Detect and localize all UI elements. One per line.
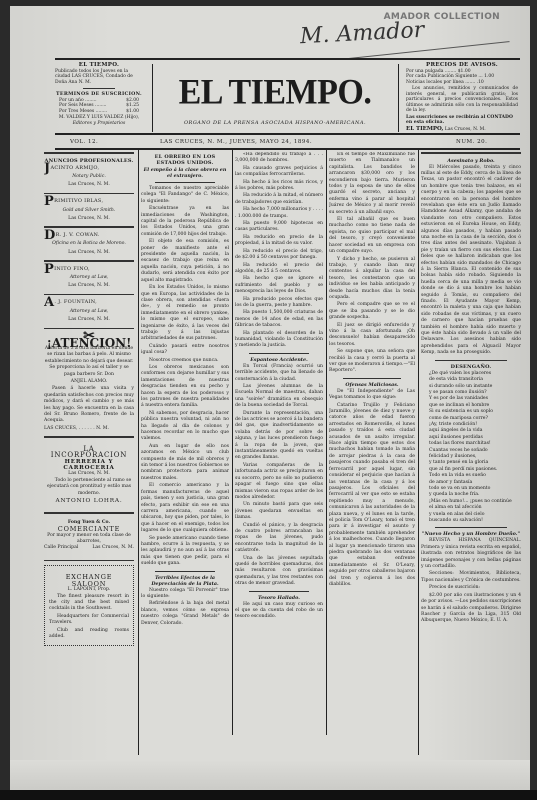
divider [249,591,309,592]
column-asesinato: Asesinato y Robo. El Miércoles pasado, t… [421,152,521,762]
article-subheading: Terribles Efectos de la Depreciación de … [141,575,229,587]
article-body: En el tiempo de Maximiliano fue muerto e… [329,152,415,375]
article-subheading: El empeño á la clase obrera en el extran… [141,167,229,179]
paragraph: Las jóvenes alumnas de la Escuela Normal… [235,384,323,410]
professional-ad: PINITO FINO,Attorney at Law,Las Cruces, … [44,266,134,296]
column-rule [138,150,139,755]
professional-ad: PRIMITIVO IBLAS,Gold and Silver Smith.La… [44,198,134,228]
paragraph: En el tiempo de Maximiliano fue muerto e… [329,152,415,216]
masthead-divider-right [398,64,399,132]
article-heading: Ofensas Maliciosas. [329,382,415,388]
handwritten-signature: M. Amador [299,18,424,49]
saloon-ad: EXCHANGE SALOON L. LAPOINT, Prop. The fi… [44,565,134,646]
saloon-text: Club and reading rooms added. [49,628,129,641]
masthead-right-box: PRECIOS DE AVISOS. Por una pulgada .....… [406,63,518,132]
atencion-text: Abierta de 3 á otra barbería en donde se… [44,346,134,378]
atencion-heading: ✂¡ATENCION! [44,333,134,346]
newspaper-page: AMADOR COLLECTION M. Amador EL TIEMPO. P… [10,6,530,796]
article-heading: EL OBRERO EN LOS ESTADOS UNIDOS. [141,154,229,166]
paragraph: Tomamos de nuestro apreciable colega "El… [141,186,229,205]
newspaper-title: EL TIEMPO. [160,73,390,113]
poem-body: ¿De qué valen los placeresde esta vida t… [421,371,521,525]
terms-list: Por un año ........$2.00Por Seis Meses .… [55,98,143,115]
incorporacion-subtitle: HERRERIA Y CARROCERIA [44,459,134,472]
paragraph: Nosotros creemos que nunca. [141,358,229,364]
article-body: Nuestro colega "El Porvenir" trae lo sig… [141,588,229,627]
paragraph: Ha producido pocos efectos que los de la… [235,297,323,310]
professional-ad: DR. J. V. COWAN.Oficina en la Botica de … [44,232,134,262]
atencion-text2: Pasen á hacerle una visita y quedarán sa… [44,386,134,424]
column-plata: «Ha dependido su trabajo á . . . 3,000,0… [235,152,323,742]
incorporacion-ad: LA INCORPORACION HERRERIA Y CARROCERIA L… [44,446,134,505]
divider [44,152,134,154]
paragraph: Ha causado graves perjuicios á las compa… [235,166,323,179]
masthead-bottom-rule [55,133,520,135]
paragraph: Ha hecho que se ignore el sufrimiento de… [235,276,323,295]
volume: VOL. 12. [70,139,98,145]
top-rule [55,58,520,60]
paragraph: Nuestro colega "El Porvenir" trae lo sig… [141,588,229,601]
paragraph: El Miércoles pasado, treinta y cinco mil… [421,165,521,357]
paragraph: El juez se dirigió enfurecido y vino á l… [329,323,415,349]
incorporacion-owner: ANTONIO LOHRA. [44,498,134,504]
paragraph: Catarino Trujillo y Feliciano Jaramillo,… [329,403,415,589]
paragraph: En Torcal (Francia) ocurrió un terrible … [235,364,323,383]
ad-title: "Nuevo Hecho y un Hombre Dueño." [421,531,521,537]
atencion-name: ANJEL ALAMO. [44,379,134,385]
paragraph: El tal albañil que es buen muchacho como… [329,217,415,255]
column-tesoro: En el tiempo de Maximiliano fue muerto e… [329,152,415,742]
paragraph: El comercio americano y la formas manufa… [141,483,229,534]
paragraph: buscando su salvación! [429,518,521,524]
article-body: De "El Independiente" de Las Vegas tomam… [329,389,415,589]
divider [435,360,507,361]
editors-role: Editores y Propietarios [55,121,143,127]
paragraph: Cundió el pánico, y la desgracia de cuat… [235,523,323,555]
professional-ad: JACINTO ARMIJO,Notary Public.Las Cruces,… [44,165,134,195]
paragraph: Precios de suscrición: [421,585,521,591]
paragraph: Se puede americano cuando tiene hambre, … [141,536,229,568]
paragraph: Un minuto bastó para que seis jóvenes qu… [235,502,323,521]
paragraph: Ha puesto 9,000 hipotecas en casas parti… [235,221,323,234]
article-heading: Asesinato y Robo. [421,158,521,164]
paragraph: $2.00 por año con ilustraciones y un 4 d… [421,593,521,625]
saloon-text: Headquarters for Commercial Travelers. [49,614,129,627]
incorporacion-text: Todo lo perteneciente al ramo se ejecuta… [44,478,134,497]
column-advertisements: ANUNCIOS PROFESIONALES. JACINTO ARMIJO,N… [44,152,134,792]
paragraph: Ha puesto 1,500,000 criaturas de menos d… [235,310,323,329]
fong-place: Las Cruces, N. M. [92,545,134,551]
paragraph: «Ha dependido su trabajo á . . . 3,000,0… [235,152,323,165]
paragraph: REVISTA HISPANA QUINCENAL. Primera y úni… [421,538,521,570]
column-rule [232,150,233,735]
paragraph: Aun en lugar de ello nos azoramos en Méx… [141,444,229,482]
article-body: «Ha dependido su trabajo á . . . 3,000,0… [235,152,323,350]
paragraph: Ni sabemos, por desgracia, hacer pública… [141,411,229,443]
footer-place: Las Cruces, N. M. [445,127,486,132]
right-box-text: Los anuncios, remitidos y comunicados de… [406,86,518,114]
article-body: El Miércoles pasado, treinta y cinco mil… [421,165,521,357]
divider [44,512,134,514]
paragraph: Refiriéndose á la baja del metal blanco,… [141,601,229,627]
divider [44,436,134,438]
ads-heading: ANUNCIOS PROFESIONALES. [44,158,134,164]
term-row: Por Tres Meses ........$1.00 [55,109,143,115]
professional-ads: JACINTO ARMIJO,Notary Public.Las Cruces,… [44,165,134,330]
paragraph: Pero el compadre que se ve el que se iba… [329,302,415,321]
rates-list: Por una pulgada ........ $1.00Por cada P… [406,69,518,86]
fong-ad: Fong Yuen & Co. COMERCIANTE Por mayor y … [44,520,134,552]
paragraph: En los Estados Unidos, lo mismo que en E… [141,285,229,343]
issue-number: NUM. 20. [456,139,487,145]
fong-street: Calle Principal [44,545,78,551]
dateline-bottom-rule [55,148,520,150]
paragraph: Una de las jóvenes sepultada quedó de ho… [235,556,323,588]
paragraph: Ha hecho 7,000 millonarios y . . . . . 1… [235,207,323,220]
divider [44,560,134,562]
paragraph: Ha reducido en precio de la propiedad, á… [235,235,323,248]
paragraph: Varias compañeras de la infortunada actr… [235,463,323,501]
paragraph: Ha plantado el desorden de la humanidad,… [235,331,323,350]
issue-date: LAS CRUCES, N. M., JUEVES, MAYO 24, 1894… [160,139,312,145]
paragraph: Se supone que, una señora que recibió la… [329,349,415,375]
divider [421,152,521,154]
paragraph: Ha reducido el precio del trigo, de $2.0… [235,249,323,262]
saloon-name: EXCHANGE SALOON [49,574,129,587]
column-rule [326,150,327,735]
right-box-note: Las suscriciones se recibirán al CONTADO… [406,115,518,126]
paragraph: Durante la representación, una de las ac… [235,411,323,462]
divider [249,353,309,354]
paragraph: He aquí un caso muy curioso en el que se… [235,602,323,621]
newspaper-subtitle: ORGANO DE LA PRENSA ASOCIADA HISPANO-AME… [140,120,410,126]
article-heading: Espantoso Accidente. [235,357,323,363]
article-body: En Torcal (Francia) ocurrió un terrible … [235,364,323,588]
paragraph: Ha hecho á los ricos más ricos, y á los … [235,180,323,193]
masthead-left-box: EL TIEMPO. Publicado todos los Jueves en… [55,63,143,126]
divider [435,527,507,528]
scan-bottom-edge [0,790,537,800]
paragraph: Encuéntrase ya en las inmediaciones de W… [141,206,229,238]
paragraph: De "El Independiente" de Las Vegas tomam… [329,389,415,402]
paragraph: Secciones: Movimientos, Biblioteca, Tipo… [421,571,521,584]
editors: M. VALDEZ Y LUIS VALDEZ (Hijo), [55,115,143,121]
ad-body: REVISTA HISPANA QUINCENAL. Primera y úni… [421,538,521,624]
paragraph: Ha reducido el precio del algodón, de 25… [235,263,323,276]
poem-title: DESENGAÑO. [421,364,521,370]
article-body: He aquí un caso muy curioso en el que se… [235,602,323,621]
paragraph: Ha reducido á la mitad, el número de tra… [235,193,323,206]
incorporacion-title: LA INCORPORACION [44,446,134,459]
divider [83,88,115,89]
professional-ad: A. J. FOUNTAIN,Attorney at Law,Las Cruce… [44,299,134,329]
column-rule [418,150,419,755]
paragraph: Cuándo pasará entre nosotros igual cosa? [141,344,229,357]
atencion-place: LAS CRUCES, . . . . . . N. M. [44,426,134,432]
article-heading: Tesoro Hallado. [235,595,323,601]
paragraph: Y dicho y hecho, se pusieron al trabajo,… [329,257,415,302]
divider [155,571,215,572]
rate-row: Noticias locales por línea ....... .10 [406,80,518,86]
left-box-text: Publicado todos los Jueves en la ciudad … [55,69,143,86]
divider [343,378,401,379]
saloon-text: The finest pleasure resort in the city a… [49,594,129,613]
paragraph: El objeto de esa comisión, es poner de m… [141,239,229,284]
divider [155,182,215,183]
fong-text: Por mayor y menor en toda clase de abarr… [44,533,134,546]
paragraph: Los obreros mexicanos son conformes con … [141,365,229,410]
article-body: Tomamos de nuestro apreciable colega "El… [141,186,229,568]
footer-name: EL TIEMPO, [406,126,443,132]
column-obrero: EL OBRERO EN LOS ESTADOS UNIDOS. El empe… [141,152,229,742]
